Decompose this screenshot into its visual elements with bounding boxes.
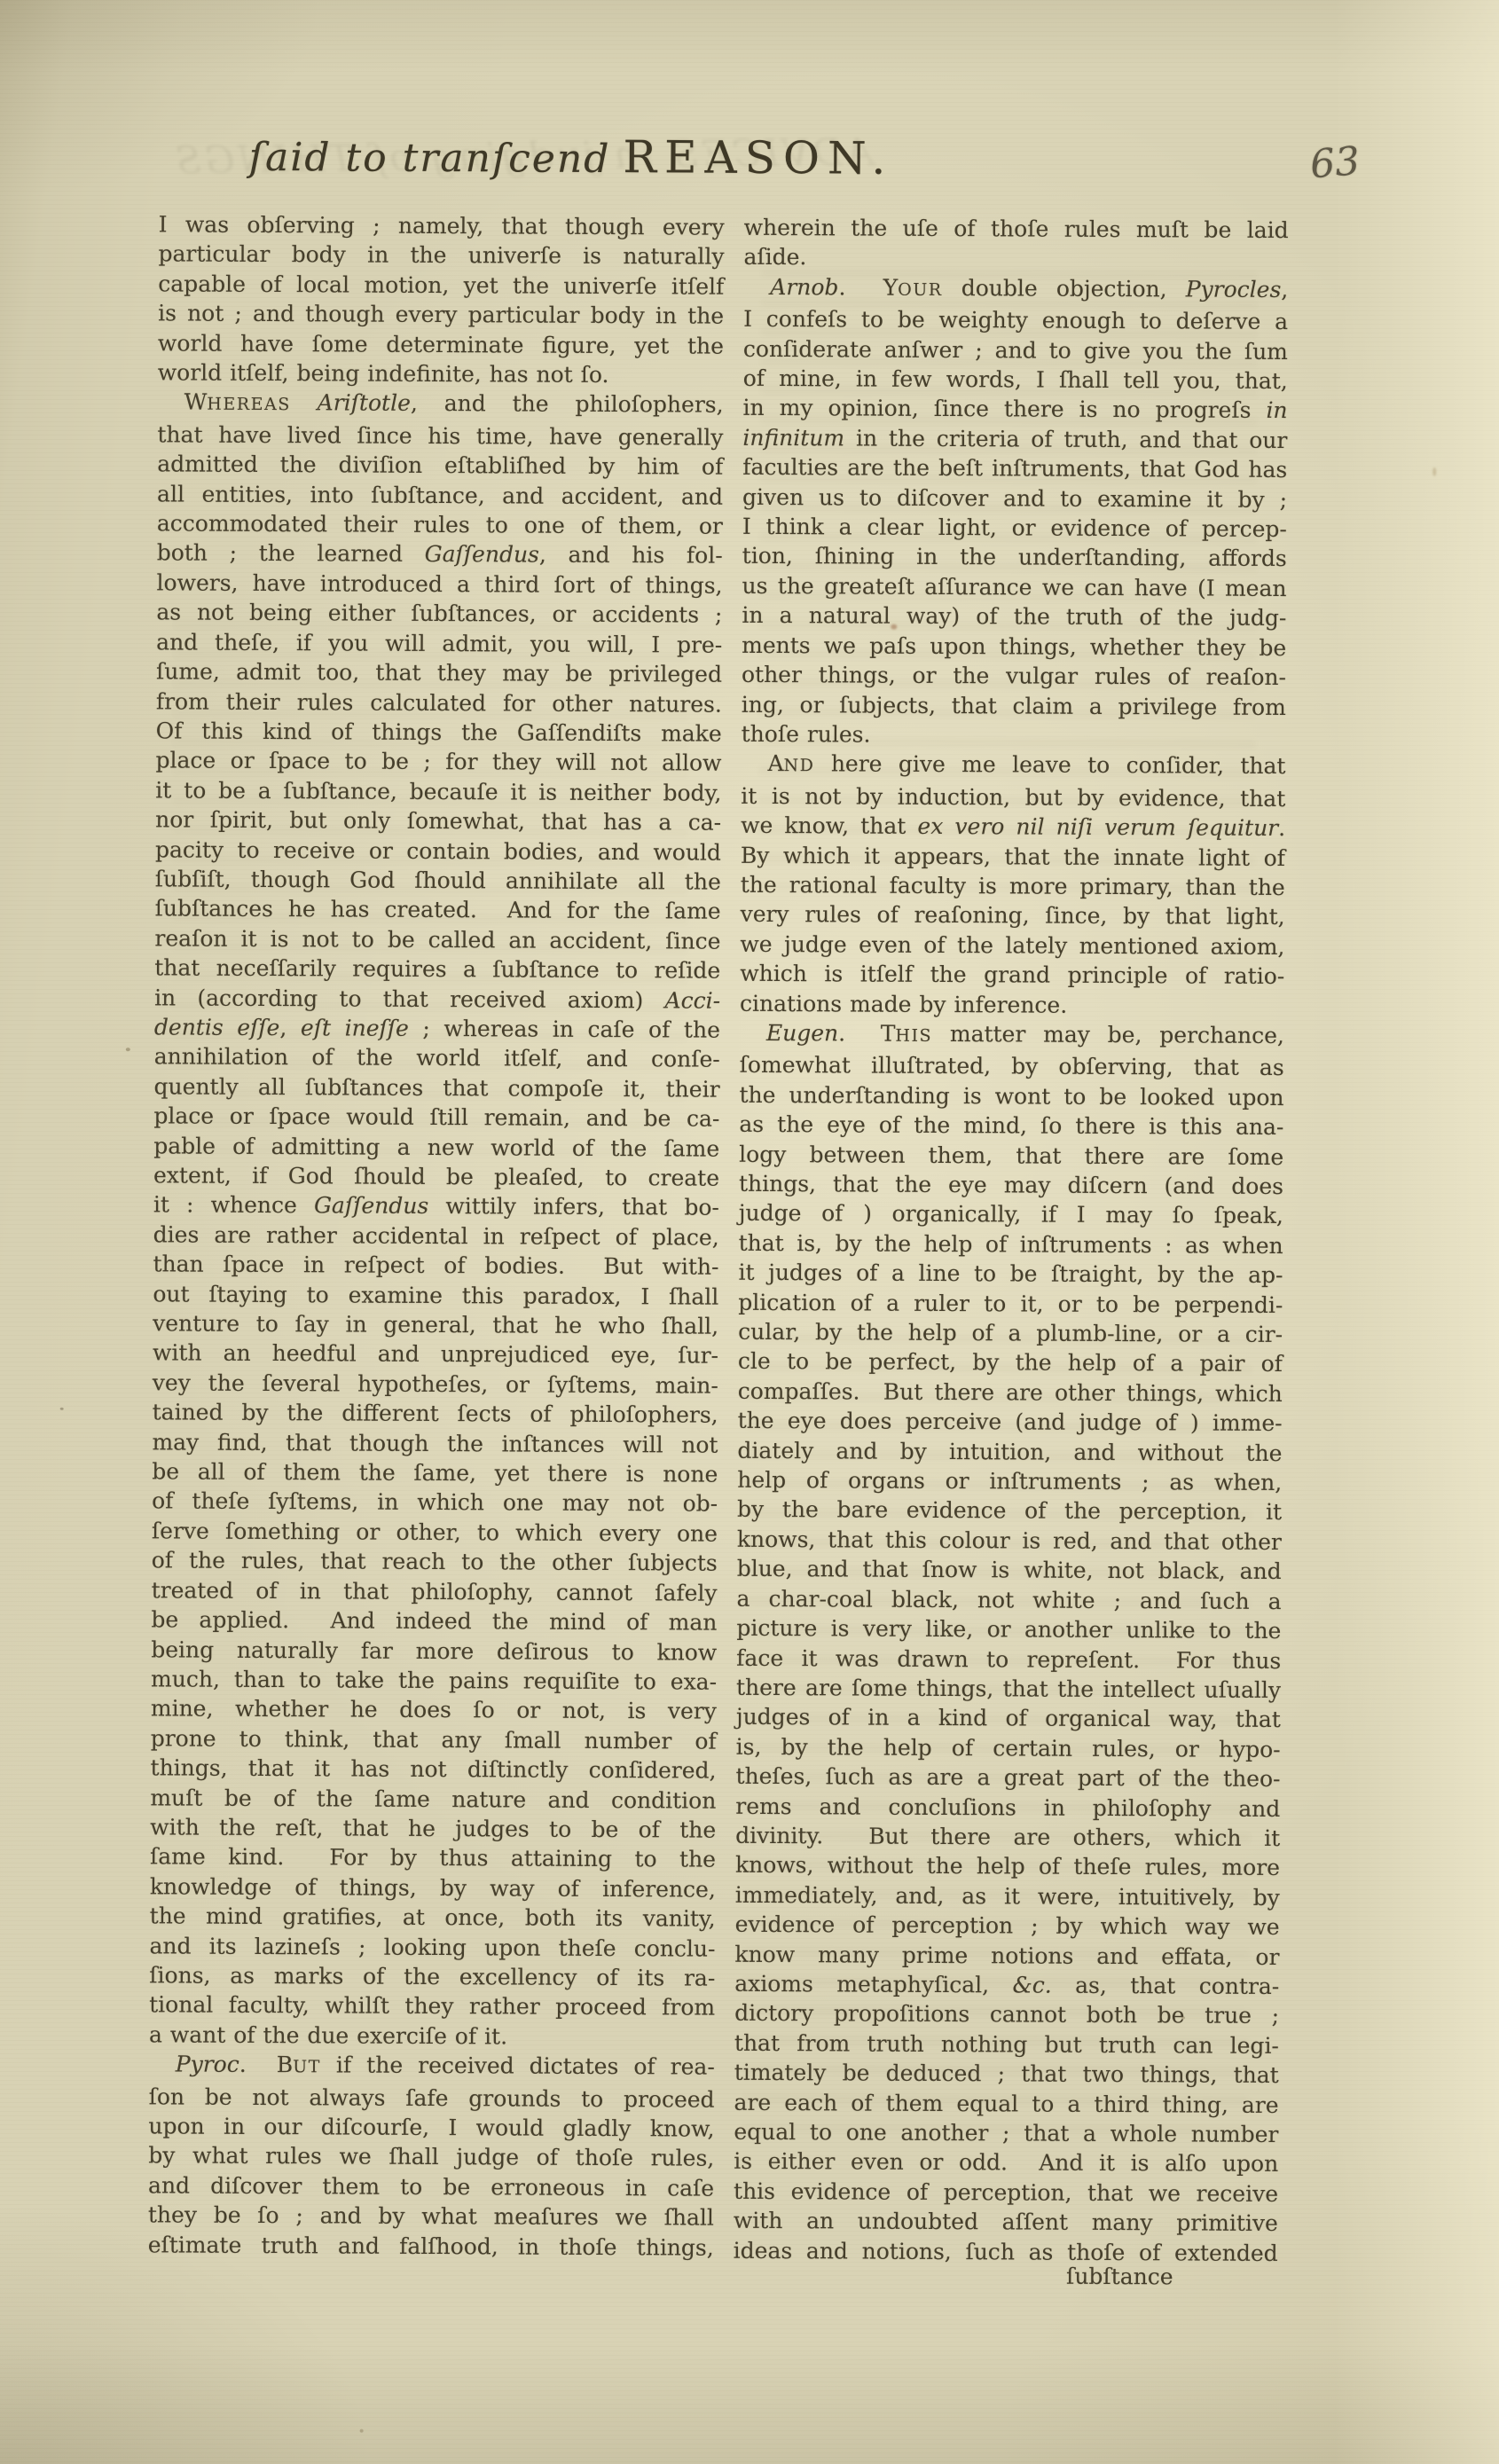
running-header: ſaid to tranſcendREASON. — [52, 129, 1090, 185]
text-line: knows, without the help of theſe rules, … — [735, 1850, 1280, 1883]
text-line: help of organs or inſtruments ; as when, — [737, 1465, 1282, 1498]
text-line: equal to one another ; that a whole numb… — [734, 2117, 1278, 2150]
text-line: admitted the diviſion eſtabliſhed by him… — [157, 450, 723, 483]
text-line: thoſe rules. — [742, 719, 1286, 752]
text-line: ſerve ſomething or other, to which every… — [152, 1516, 718, 1549]
paragraph: Whereas Ariſtotle, and the philoſophers,… — [149, 388, 724, 2052]
text-line: out ſtaying to examine this paradox, I ſ… — [153, 1279, 718, 1312]
text-line: axioms metaphyſical, &c. as, that contra… — [734, 1969, 1279, 2002]
text-line: both ; the learned Gaſſendus, and his fo… — [157, 538, 723, 571]
text-line: much, than to take the pains requiſite t… — [151, 1664, 717, 1697]
text-line: all entities, into ſubſtance, and accide… — [157, 479, 723, 512]
text-line: ing, or ſubjects, that claim a privilege… — [742, 689, 1286, 722]
text-line: By which it appears, that the innate lig… — [741, 840, 1285, 873]
paper-speck — [60, 1408, 64, 1410]
text-line: a char-coal black, not white ; and ſuch … — [736, 1583, 1281, 1616]
text-line: rems and concluſions in philoſophy and — [735, 1791, 1280, 1824]
text-line: quently all ſubſtances that compoſe it, … — [153, 1071, 719, 1104]
text-line: blue, and that ſnow is white, not black,… — [737, 1554, 1282, 1587]
text-line: and its lazineſs ; looking upon theſe co… — [149, 1931, 715, 1964]
text-line: the rational faculty is more primary, th… — [741, 870, 1285, 903]
text-line: we judge even of the lately mentioned ax… — [740, 930, 1284, 962]
text-line: muſt be of the ſame nature and condition — [150, 1783, 716, 1816]
text-line: world itſelf, being indefinite, has not … — [158, 357, 724, 390]
text-line: is either even or odd. And it is alſo up… — [734, 2146, 1278, 2179]
text-line: And here give me leave to conſider, that — [741, 749, 1285, 784]
text-line: dictory propoſitions cannot both be true… — [734, 1998, 1279, 2031]
text-line: know many prime notions and effata, or — [734, 1939, 1279, 1972]
text-line: pacity to receive or contain bodies, and… — [155, 835, 721, 867]
text-line: us the greateſt aſſurance we can have (I… — [742, 571, 1286, 604]
text-line: eſtimate truth and falſhood, in thoſe th… — [148, 2230, 714, 2263]
catchword-holder: ſubſtance — [733, 2260, 1277, 2293]
text-line: immediately, and, as it were, intuitivel… — [735, 1880, 1280, 1913]
text-line: theſes, ſuch as are a great part of the … — [735, 1762, 1280, 1794]
text-line: I think a clear light, or evidence of pe… — [742, 512, 1287, 545]
text-line: very rules of reaſoning, ſince, by that … — [741, 899, 1285, 932]
text-line: be all of them the ſame, yet there is no… — [152, 1456, 718, 1489]
text-line: Whereas Ariſtotle, and the philoſophers, — [158, 388, 724, 423]
text-line: cinations made by inference. — [740, 988, 1284, 1021]
catchword: ſubſtance — [733, 2260, 1277, 2293]
text-line: ſubſiſt, though God ſhould annihilate al… — [155, 864, 721, 897]
text-line: of mine, in few words, I ſhall tell you,… — [743, 364, 1288, 396]
text-line: by the bare evidence of the perception, … — [737, 1495, 1282, 1527]
text-line: there are ſome things, that the intellec… — [736, 1673, 1281, 1706]
text-line: of theſe ſyſtems, in which one may not o… — [152, 1487, 718, 1519]
text-line: by what rules we ſhall judge of thoſe ru… — [148, 2141, 714, 2174]
text-line: nor ſpirit, but only ſomewhat, that has … — [155, 804, 721, 837]
text-line: aſide. — [743, 242, 1288, 275]
text-line: in (according to that received axiom) Ac… — [154, 983, 720, 1016]
text-line: ments we paſs upon things, whether they … — [742, 631, 1286, 663]
text-line: evidence of perception ; by which way we — [735, 1910, 1280, 1942]
text-line: of the rules, that reach to the other ſu… — [152, 1546, 718, 1579]
text-line: we know, that ex vero nil niſi verum ſeq… — [741, 811, 1285, 844]
paragraph: I was obſerving ; namely, that though ev… — [158, 209, 725, 390]
text-line: tained by the different ſects of philoſo… — [153, 1398, 718, 1431]
text-line: judge of ) organically, if I may ſo ſpea… — [739, 1198, 1283, 1231]
text-line: plication of a ruler to it, or to be per… — [738, 1287, 1283, 1320]
text-line: Pyroc. But if the received dictates of r… — [149, 2050, 715, 2085]
page-number: 63 — [1308, 138, 1362, 187]
text-line: as the eye of the mind, ſo there is this… — [739, 1110, 1283, 1142]
text-line: reaſon it is not to be called an acciden… — [154, 923, 720, 956]
text-line: pable of admitting a new world of the ſa… — [153, 1131, 719, 1164]
text-line: are each of them equal to a third thing,… — [734, 2087, 1279, 2120]
paper-speck — [126, 1048, 130, 1051]
text-line: dentis eſſe, eſt ineſſe ; whereas in caſ… — [154, 1012, 720, 1045]
text-line: and theſe, if you will admit, you will, … — [156, 627, 722, 660]
text-line: dies are rather accidental in reſpect of… — [153, 1220, 719, 1252]
text-line: ſume, admit too, that they may be privil… — [156, 656, 722, 689]
text-line: faculties are the beſt inſtruments, that… — [742, 452, 1287, 485]
text-line: prone to think, that any ſmall number of — [151, 1723, 717, 1756]
paragraph: Arnob. Your double objection, Pyrocles,I… — [742, 272, 1289, 752]
text-line: capable of local motion, yet the univerſ… — [158, 269, 724, 302]
text-line: as not being either ſubſtances, or accid… — [156, 598, 722, 631]
running-title-italic: ſaid to tranſcend — [249, 135, 611, 182]
paper-speck — [360, 2429, 364, 2433]
text-line: Of this kind of things the Gaſſendiſts m… — [156, 716, 722, 749]
text-line: treated of in that philoſophy, cannot ſa… — [152, 1575, 718, 1608]
text-line: mine, whether he does ſo or not, is very — [151, 1694, 717, 1727]
text-line: they be ſo ; and by what meaſures we ſha… — [148, 2201, 714, 2233]
text-line: venture to ſay in general, that he who ſ… — [153, 1308, 718, 1341]
text-line: with an heedful and unprejudiced eye, ſu… — [153, 1338, 718, 1371]
text-line: that neceſſarily requires a ſubſtance to… — [154, 953, 720, 986]
text-line: place or ſpace would ſtill remain, and b… — [153, 1102, 719, 1134]
text-line: than ſpace in reſpect of bodies. But wit… — [153, 1250, 718, 1283]
text-line: particular body in the univerſe is natur… — [158, 239, 724, 272]
text-line: face it was drawn to repreſent. For thus — [736, 1643, 1281, 1675]
text-line: being naturally far more deſirous to kno… — [151, 1635, 717, 1668]
text-line: the mind gratifies, at once, both its va… — [150, 1901, 716, 1934]
text-line: Eugen. This matter may be, perchance, — [740, 1018, 1284, 1054]
text-line: the eye does perceive (and judge of ) im… — [738, 1406, 1283, 1439]
text-column-left: I was obſerving ; namely, that though ev… — [148, 209, 725, 2262]
text-line: tion, ſhining in the underſtanding, affo… — [742, 541, 1287, 574]
paragraph: And here give me leave to conſider, that… — [740, 749, 1286, 1021]
text-line: it judges of a line to be ſtraight, by t… — [738, 1258, 1283, 1291]
text-line: I was obſerving ; namely, that though ev… — [159, 209, 725, 242]
text-line: and diſcover them to be erroneous in caſ… — [148, 2170, 714, 2203]
running-title-caps: REASON. — [623, 131, 893, 184]
text-line: with an undoubted aſſent many primitive — [734, 2206, 1278, 2239]
text-line: ſomewhat illuſtrated, by obſerving, that… — [740, 1050, 1284, 1083]
text-line: judges of in a kind of organical way, th… — [736, 1702, 1281, 1735]
text-line: that from truth nothing but truth can le… — [734, 2028, 1279, 2061]
text-line: extent, if God ſhould be pleaſed, to cre… — [153, 1160, 719, 1193]
scanned-book-page: { "colors": { "paper": "#d9d3b5", "ink":… — [0, 0, 1499, 2464]
text-line: timately be deduced ; that two things, t… — [734, 2058, 1279, 2091]
paragraph: Eugen. This matter may be, perchance,ſom… — [734, 1018, 1284, 2268]
text-line: ſubſtances he has created. And for the ſ… — [155, 894, 721, 927]
text-line: that have lived ſince his time, have gen… — [157, 420, 723, 452]
text-line: world have ſome determinate figure, yet … — [158, 328, 724, 361]
paper-speck — [1432, 467, 1436, 476]
text-line: picture is very like, or another unlike … — [736, 1613, 1281, 1646]
text-line: Arnob. Your double objection, Pyrocles, — [743, 272, 1288, 308]
text-line: knowledge of things, by way of inference… — [150, 1872, 716, 1904]
text-line: things, that it has not diſtinctly conſi… — [150, 1753, 716, 1785]
text-line: wherein the uſe of thoſe rules muſt be l… — [744, 213, 1289, 246]
text-line: logy between them, that there are ſome — [739, 1139, 1283, 1172]
text-line: conſiderate anſwer ; and to give you the… — [743, 334, 1288, 366]
text-line: other things, or the vulgar rules of rea… — [742, 660, 1286, 693]
text-line: ſon be not always ſafe grounds to procee… — [149, 2082, 715, 2115]
text-line: the underſtanding is wont to be looked u… — [739, 1080, 1283, 1113]
text-line: divinity. But there are others, which it — [735, 1821, 1280, 1854]
text-line: in a natural way) of the truth of the ju… — [742, 600, 1286, 633]
text-line: it is not by induction, but by evidence,… — [741, 781, 1285, 814]
text-line: is, by the help of certain rules, or hyp… — [736, 1732, 1281, 1765]
text-line: given us to diſcover and to examine it b… — [742, 482, 1287, 514]
text-line: which is itſelf the grand principle of r… — [740, 959, 1284, 992]
text-line: I confeſs to be weighty enough to deſerv… — [743, 304, 1288, 337]
text-line: ſame kind. For by thus attaining to the — [150, 1842, 716, 1875]
text-line: things, that the eye may diſcern (and do… — [739, 1169, 1283, 1202]
text-line: diately and by intuition, and without th… — [737, 1435, 1282, 1468]
text-line: is not ; and though every particular bod… — [158, 299, 724, 332]
text-line: annihilation of the world itſelf, and co… — [154, 1042, 720, 1075]
text-line: this evidence of perception, that we rec… — [734, 2177, 1278, 2209]
text-line: place or ſpace to be ; for they will not… — [155, 746, 721, 779]
page-scan: ADVICES in judging of THINGS ſaid to tra… — [0, 0, 1499, 2464]
text-column-right: wherein the uſe of thoſe rules muſt be l… — [734, 213, 1289, 2268]
text-line: accommodated their rules to one of them,… — [157, 508, 723, 541]
paragraph: Pyroc. But if the received dictates of r… — [148, 2050, 715, 2263]
text-line: cle to be perfect, by the help of a pair… — [738, 1346, 1283, 1379]
text-line: may find, that though the inſtances will… — [152, 1427, 718, 1460]
text-line: infinitum in the criteria of truth, and … — [742, 423, 1287, 456]
text-line: tional faculty, whilſt they rather proce… — [149, 1990, 715, 2023]
text-line: be applied. And indeed the mind of man — [151, 1605, 717, 1637]
text-line: from their rules calculated for other na… — [156, 687, 722, 719]
text-line: ſions, as marks of the excellency of its… — [149, 1960, 715, 1993]
text-line: a want of the due exerciſe of it. — [149, 2020, 715, 2052]
text-line: upon in our diſcourſe, I would gladly kn… — [148, 2111, 714, 2144]
text-line: in my opinion, ſince there is no progreſ… — [743, 393, 1288, 426]
text-line: lowers, have introduced a third ſort of … — [156, 568, 722, 600]
text-line: it to be a ſubſtance, becauſe it is neit… — [155, 775, 721, 808]
text-line: with the reſt, that he judges to be of t… — [150, 1812, 716, 1845]
text-line: cular, by the help of a plumb-line, or a… — [738, 1317, 1283, 1350]
text-line: it : whence Gaſſendus wittily infers, th… — [153, 1190, 719, 1223]
text-line: vey the ſeveral hypotheſes, or ſyſtems, … — [153, 1368, 718, 1401]
text-line: that is, by the help of inſtruments : as… — [739, 1228, 1283, 1261]
text-line: knows, that this colour is red, and that… — [737, 1525, 1282, 1558]
paragraph: wherein the uſe of thoſe rules muſt be l… — [743, 213, 1288, 275]
text-line: compaſſes. But there are other things, w… — [738, 1377, 1283, 1409]
